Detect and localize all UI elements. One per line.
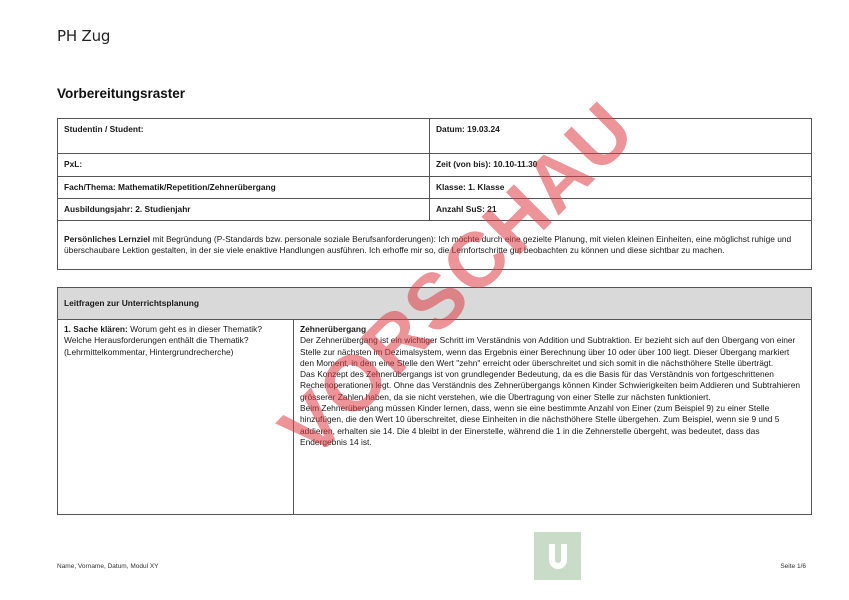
learning-goal-cell: Persönliches Lernziel mit Begründung (P-… — [58, 221, 812, 270]
guide-row-sache-klaeren: 1. Sache klären: Worum geht es in dieser… — [58, 320, 812, 515]
info-row-pxl-time: PxL: Zeit (von bis): 10.10-11.30 — [58, 154, 812, 177]
study-year-field: Ausbildungsjahr: 2. Studienjahr — [58, 199, 430, 221]
guide-table: Leitfragen zur Unterrichtsplanung 1. Sac… — [57, 287, 812, 515]
answer-paragraph: Beim Zehnerübergang müssen Kinder lernen… — [300, 403, 805, 448]
guide-table-header: Leitfragen zur Unterrichtsplanung — [58, 288, 812, 320]
time-field: Zeit (von bis): 10.10-11.30 — [430, 154, 812, 177]
guide-answer-cell: Zehnerübergang Der Zehnerübergang ist ei… — [294, 320, 812, 515]
subject-field: Fach/Thema: Mathematik/Repetition/Zehner… — [58, 177, 430, 199]
student-count-field: Anzahl SuS: 21 — [430, 199, 812, 221]
footer-author-info: Name, Vorname, Datum, Modul XY — [57, 563, 159, 570]
guide-question-label: 1. Sache klären: — [64, 324, 128, 334]
answer-paragraph: Das Konzept des Zehnerübergangs ist von … — [300, 369, 805, 403]
class-field: Klasse: 1. Klasse — [430, 177, 812, 199]
info-row-subject-class: Fach/Thema: Mathematik/Repetition/Zehner… — [58, 177, 812, 199]
guide-question-cell: 1. Sache klären: Worum geht es in dieser… — [58, 320, 294, 515]
pxl-field: PxL: — [58, 154, 430, 177]
info-row-student-date: Studentin / Student: Datum: 19.03.24 — [58, 119, 812, 154]
document-title: Vorbereitungsraster — [57, 86, 185, 101]
info-row-year-count: Ausbildungsjahr: 2. Studienjahr Anzahl S… — [58, 199, 812, 221]
brand-logo-text: PH Zug — [57, 27, 110, 45]
learning-goal-text: mit Begründung (P-Standards bzw. persona… — [64, 234, 791, 255]
guide-table-header-row: Leitfragen zur Unterrichtsplanung — [58, 288, 812, 320]
learning-goal-label: Persönliches Lernziel — [64, 234, 150, 244]
info-row-learning-goal: Persönliches Lernziel mit Begründung (P-… — [58, 221, 812, 270]
student-field: Studentin / Student: — [58, 119, 430, 154]
page-number: Seite 1/6 — [780, 563, 806, 570]
answer-paragraph: Der Zehnerübergang ist ein wichtiger Sch… — [300, 335, 805, 369]
u-letter-shape — [549, 544, 567, 569]
u-logo-icon — [534, 532, 581, 580]
info-table: Studentin / Student: Datum: 19.03.24 PxL… — [57, 118, 812, 270]
date-field: Datum: 19.03.24 — [430, 119, 812, 154]
answer-heading: Zehnerübergang — [300, 324, 805, 335]
